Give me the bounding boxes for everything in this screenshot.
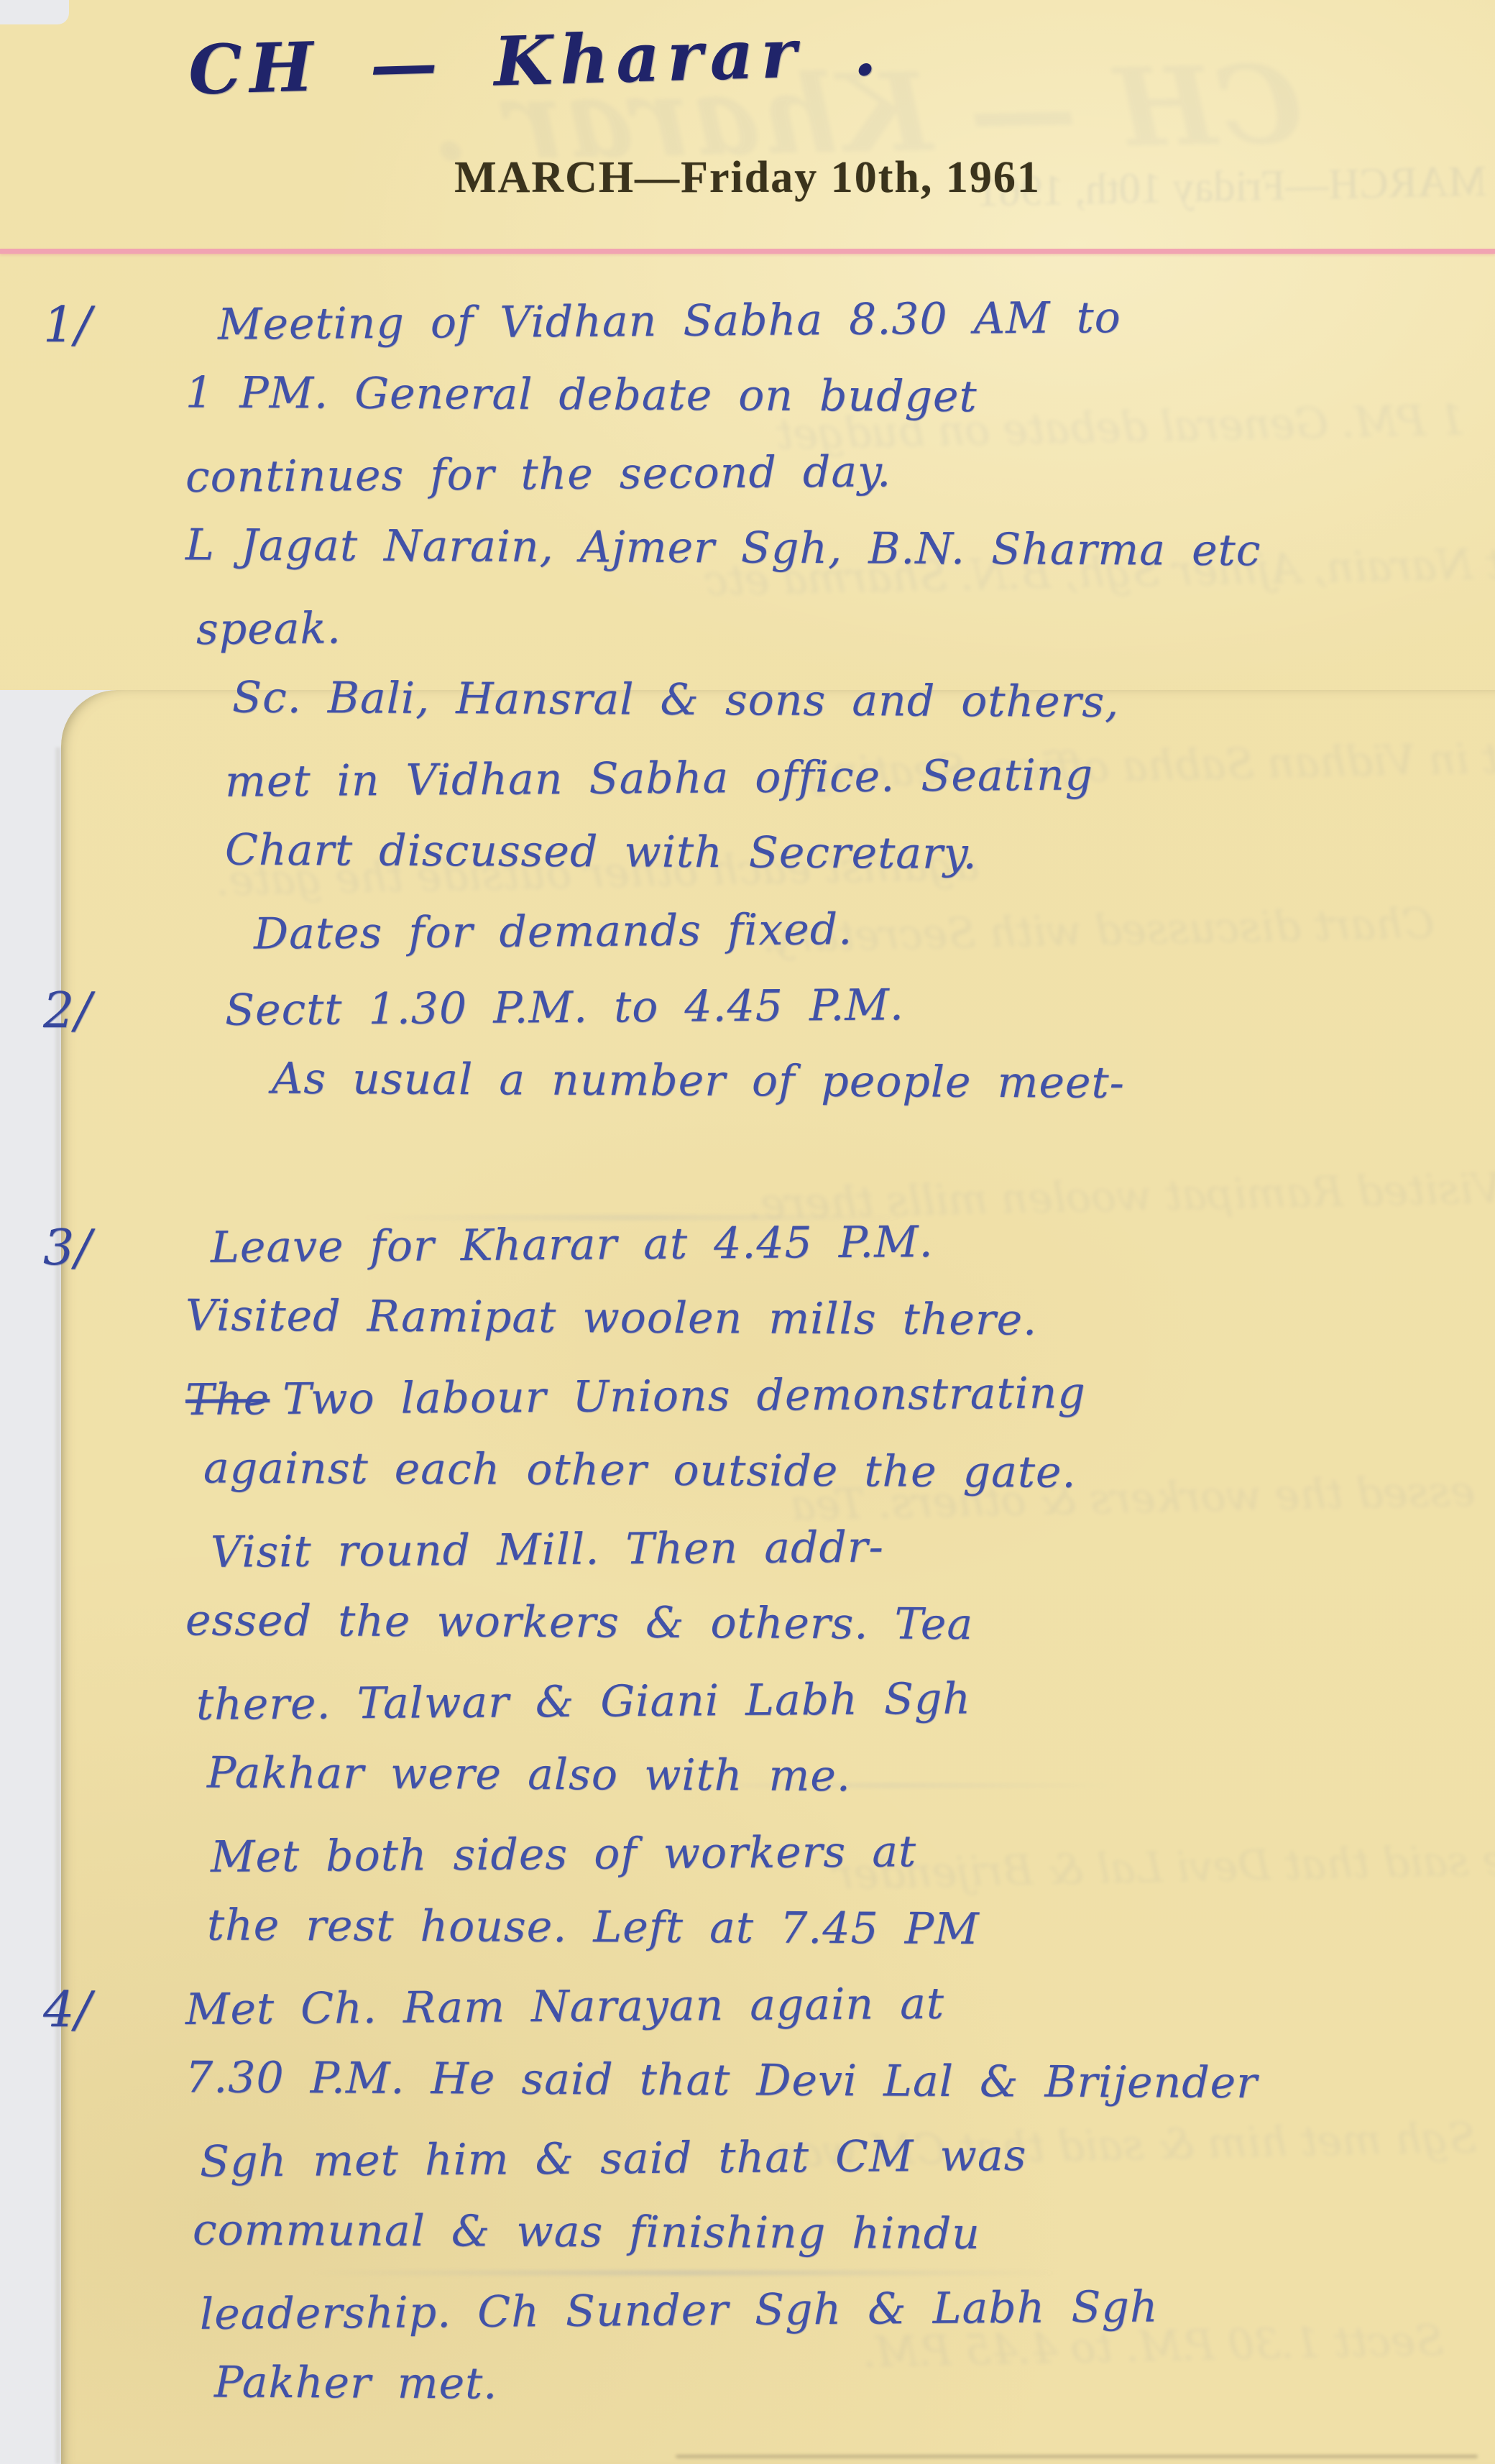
entry-line: Dates for demands fixed. [254, 886, 1460, 972]
strikethrough-word: The [185, 1374, 270, 1425]
entry-marker: 2/ [43, 973, 92, 1049]
entry-line: Chart discussed with Secretary. [225, 812, 1460, 895]
entry-line: leadership. Ch Sunder Sgh & Labh Sgh [200, 2266, 1460, 2353]
entry-line: As usual a number of people meet- [272, 1041, 1460, 1123]
entry-line: against each other outside the gate. [203, 1430, 1460, 1512]
entry-line: L Jagat Narain, Ajmer Sgh, B.N. Sharma e… [185, 507, 1460, 589]
entry-marker: 1/ [43, 288, 92, 364]
header-rule [0, 249, 1495, 254]
entry-line: the rest house. Left at 7.45 PM [207, 1887, 1460, 1969]
diary-entry-4: 4/ Met Ch. Ram Narayan again at 7.30 P.M… [185, 1967, 1459, 2424]
entry-line: Visit round Mill. Then addr- [211, 1504, 1460, 1591]
entry-line: Sectt 1.30 P.M. to 4.45 P.M. [225, 962, 1460, 1048]
diary-body: 1/ Meeting of Vidhan Sabha 8.30 AM to 1 … [185, 282, 1459, 2424]
entry-line: Sc. Bali, Hansral & sons and others, [232, 660, 1460, 743]
entry-line-text: Two labour Unions demonstrating [282, 1368, 1086, 1425]
entry-line: 1 PM. General debate on budget [185, 354, 1460, 437]
diary-entry-2: 2/ Sectt 1.30 P.M. to 4.45 P.M. As usual… [185, 967, 1459, 1120]
entry-marker: 4/ [43, 1972, 92, 2049]
diary-entry-1: 1/ Meeting of Vidhan Sabha 8.30 AM to 1 … [185, 282, 1459, 967]
entry-line: there. Talwar & Giani Labh Sgh [196, 1657, 1460, 1743]
diary-entry-3: 3/ Leave for Kharar at 4.45 P.M. Visited… [185, 1205, 1459, 1967]
entry-line: Met both sides of workers at [211, 1809, 1460, 1895]
printed-date-header: MARCH—Friday 10th, 1961 [0, 152, 1495, 203]
entry-line: Sgh met him & said that CM was [200, 2114, 1460, 2200]
entry-line: Visited Ramipat woolen mills there. [185, 1277, 1460, 1360]
entry-marker: 3/ [43, 1210, 92, 1287]
entry-line: Met Ch. Ram Narayan again at [185, 1962, 1460, 2048]
entry-line: essed the workers & others. Tea [185, 1582, 1460, 1665]
entry-line: met in Vidhan Sabha office. Seating [225, 734, 1460, 819]
paper-bottom-edge [676, 2455, 1478, 2458]
entry-line: communal & was finishing hindu [193, 2192, 1460, 2274]
entry-line: speak. [196, 581, 1460, 668]
entry-line: TheTwo labour Unions demonstrating [185, 1352, 1460, 1438]
entry-line: 7.30 P.M. He said that Devi Lal & Brijen… [185, 2039, 1460, 2122]
entry-line: Pakher met. [214, 2344, 1460, 2427]
entry-line: Meeting of Vidhan Sabha 8.30 AM to [218, 277, 1460, 363]
entry-line: Pakhar were also with me. [207, 1734, 1460, 1817]
entry-line: continues for the second day. [185, 429, 1460, 515]
scanned-diary-page: { "document": { "handwritten_header": "C… [0, 0, 1495, 2464]
entry-line: Leave for Kharar at 4.45 P.M. [211, 1200, 1460, 1286]
scan-margin-corner-notch [0, 0, 69, 24]
